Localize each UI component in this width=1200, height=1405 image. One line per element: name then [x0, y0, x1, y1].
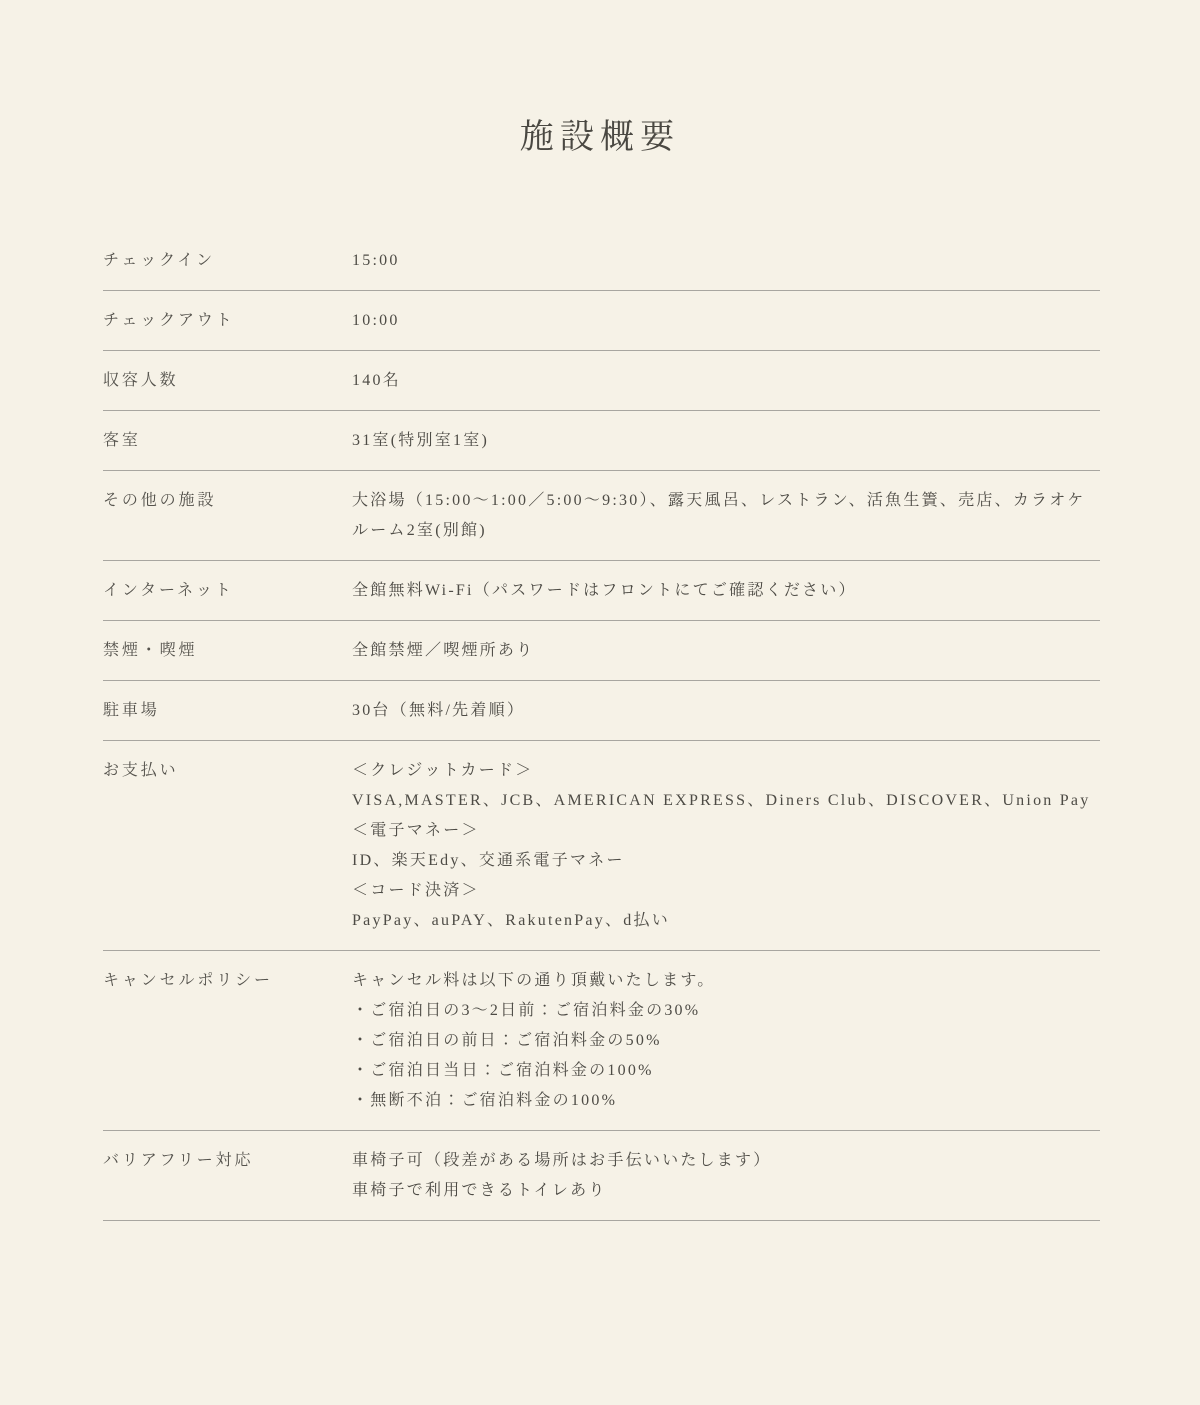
table-row: お支払い ＜クレジットカード＞VISA,MASTER、JCB、AMERICAN …: [103, 741, 1100, 951]
row-label: 客室: [103, 426, 352, 456]
row-value-line: ID、楽天Edy、交通系電子マネー: [352, 846, 1100, 876]
row-value: 全館禁煙／喫煙所あり: [352, 636, 1100, 666]
row-value-line: 140名: [352, 366, 1100, 396]
row-value: 大浴場（15:00～1:00／5:00～9:30）、露天風呂、レストラン、活魚生…: [352, 486, 1100, 546]
row-label: チェックイン: [103, 246, 352, 276]
row-label: バリアフリー対応: [103, 1146, 352, 1176]
row-value-line: ・無断不泊：ご宿泊料金の100%: [352, 1086, 1100, 1116]
row-value-line: ・ご宿泊日当日：ご宿泊料金の100%: [352, 1056, 1100, 1086]
row-label: インターネット: [103, 576, 352, 606]
row-value-line: ＜クレジットカード＞: [352, 756, 1100, 786]
table-row: 禁煙・喫煙 全館禁煙／喫煙所あり: [103, 621, 1100, 681]
row-label: その他の施設: [103, 486, 352, 516]
row-label: 駐車場: [103, 696, 352, 726]
table-row: その他の施設 大浴場（15:00～1:00／5:00～9:30）、露天風呂、レス…: [103, 471, 1100, 561]
row-value-line: PayPay、auPAY、RakutenPay、d払い: [352, 906, 1100, 936]
table-row: 駐車場 30台（無料/先着順）: [103, 681, 1100, 741]
row-value: 車椅子可（段差がある場所はお手伝いいたします）車椅子で利用できるトイレあり: [352, 1146, 1100, 1206]
row-label: 禁煙・喫煙: [103, 636, 352, 666]
row-label: 収容人数: [103, 366, 352, 396]
row-label: お支払い: [103, 756, 352, 786]
row-value: 140名: [352, 366, 1100, 396]
row-value: 30台（無料/先着順）: [352, 696, 1100, 726]
row-value-line: キャンセル料は以下の通り頂戴いたします。: [352, 966, 1100, 996]
row-value-line: 大浴場（15:00～1:00／5:00～9:30）、露天風呂、レストラン、活魚生…: [352, 486, 1100, 546]
facility-overview-table: チェックイン 15:00 チェックアウト 10:00 収容人数 140名 客室 …: [103, 231, 1100, 1221]
table-row: バリアフリー対応 車椅子可（段差がある場所はお手伝いいたします）車椅子で利用でき…: [103, 1131, 1100, 1221]
row-value-line: 31室(特別室1室): [352, 426, 1100, 456]
row-label: キャンセルポリシー: [103, 966, 352, 996]
row-value: キャンセル料は以下の通り頂戴いたします。・ご宿泊日の3～2日前：ご宿泊料金の30…: [352, 966, 1100, 1116]
row-value-line: 15:00: [352, 246, 1100, 276]
row-value: 31室(特別室1室): [352, 426, 1100, 456]
row-value-line: ・ご宿泊日の3～2日前：ご宿泊料金の30%: [352, 996, 1100, 1026]
table-row: チェックアウト 10:00: [103, 291, 1100, 351]
row-value-line: ＜コード決済＞: [352, 876, 1100, 906]
row-label: チェックアウト: [103, 306, 352, 336]
row-value: 10:00: [352, 306, 1100, 336]
row-value: 全館無料Wi-Fi（パスワードはフロントにてご確認ください）: [352, 576, 1100, 606]
row-value-line: VISA,MASTER、JCB、AMERICAN EXPRESS、Diners …: [352, 786, 1100, 816]
page-title: 施設概要: [0, 118, 1200, 159]
row-value-line: 全館禁煙／喫煙所あり: [352, 636, 1100, 666]
table-row: 客室 31室(特別室1室): [103, 411, 1100, 471]
table-row: インターネット 全館無料Wi-Fi（パスワードはフロントにてご確認ください）: [103, 561, 1100, 621]
row-value: ＜クレジットカード＞VISA,MASTER、JCB、AMERICAN EXPRE…: [352, 756, 1100, 936]
table-row: キャンセルポリシー キャンセル料は以下の通り頂戴いたします。・ご宿泊日の3～2日…: [103, 951, 1100, 1131]
row-value-line: 車椅子で利用できるトイレあり: [352, 1176, 1100, 1206]
row-value-line: 車椅子可（段差がある場所はお手伝いいたします）: [352, 1146, 1100, 1176]
table-row: チェックイン 15:00: [103, 231, 1100, 291]
row-value-line: 全館無料Wi-Fi（パスワードはフロントにてご確認ください）: [352, 576, 1100, 606]
row-value-line: 30台（無料/先着順）: [352, 696, 1100, 726]
table-row: 収容人数 140名: [103, 351, 1100, 411]
row-value-line: ・ご宿泊日の前日：ご宿泊料金の50%: [352, 1026, 1100, 1056]
row-value-line: 10:00: [352, 306, 1100, 336]
row-value: 15:00: [352, 246, 1100, 276]
row-value-line: ＜電子マネー＞: [352, 816, 1100, 846]
